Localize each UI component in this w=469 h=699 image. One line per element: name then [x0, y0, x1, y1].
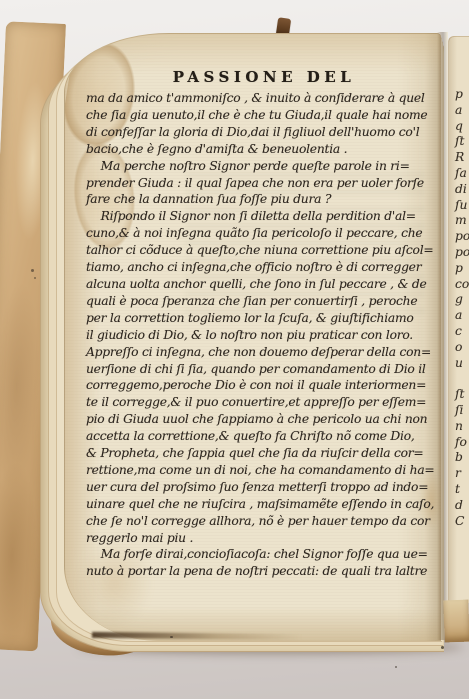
dust-speck: [34, 277, 36, 279]
dust-speck: [395, 666, 397, 668]
dust-speck: [170, 636, 173, 638]
gutter-fold: [437, 32, 448, 640]
facing-page-sliver: p a q ſt R ſa di ſu m po po p co g a c o…: [448, 36, 469, 603]
book-photograph: PASSIONE DEL ma da amico t'ammoniſco , &…: [0, 0, 469, 699]
facing-page-text-fragments: p a q ſt R ſa di ſu m po po p co g a c o…: [449, 37, 469, 529]
running-header: PASSIONE DEL: [86, 67, 441, 87]
facing-page-bottom-edge: [443, 600, 469, 643]
text-column: PASSIONE DEL ma da amico t'ammoniſco , &…: [86, 67, 441, 580]
page-body-text: ma da amico t'ammoniſco , & inuito à con…: [86, 90, 441, 580]
dust-speck: [31, 269, 34, 272]
dust-speck: [441, 646, 444, 649]
book-page: PASSIONE DEL ma da amico t'ammoniſco , &…: [64, 33, 441, 641]
